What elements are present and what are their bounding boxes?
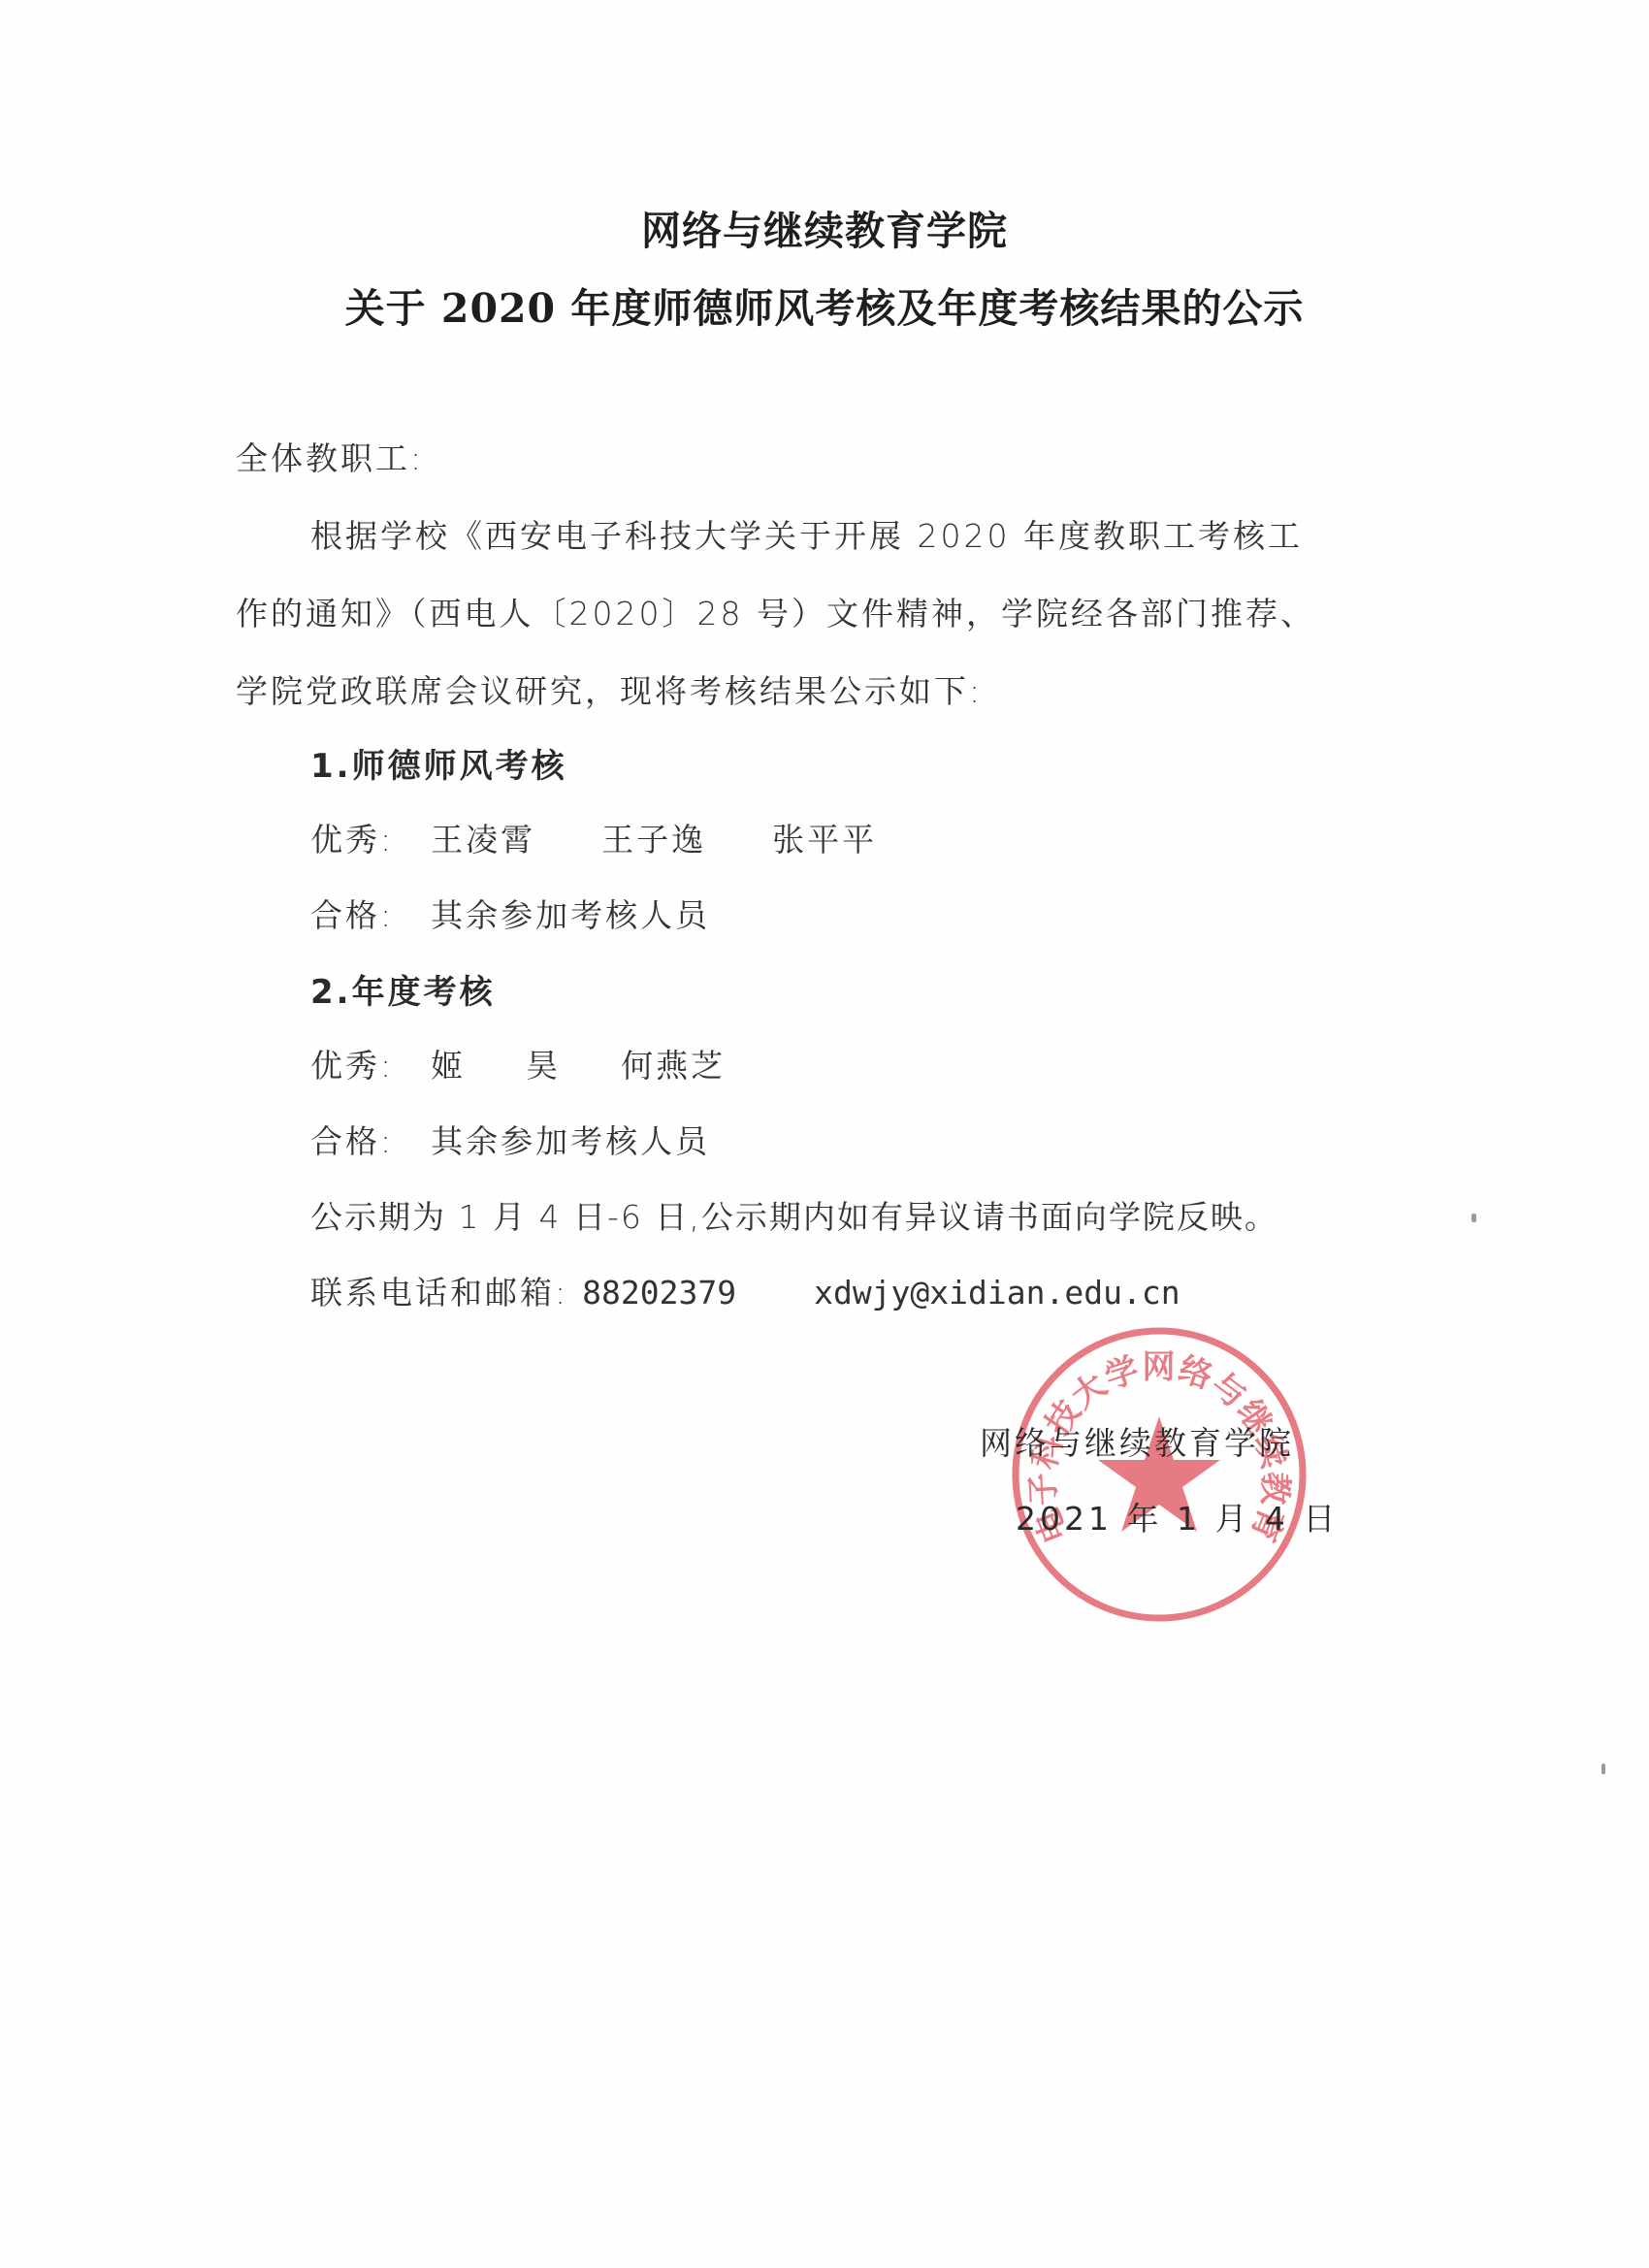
- scan-speck: [1601, 1764, 1605, 1774]
- qualified-label: 合格:: [310, 1122, 394, 1160]
- annual-qualified-row: 合格:其余参加考核人员: [310, 1117, 710, 1162]
- contact-email[interactable]: xdwjy@xidian.edu.cn: [814, 1274, 1180, 1312]
- contact-label: 联系电话和邮箱:: [310, 1274, 568, 1312]
- section-heading-annual: 2.年度考核: [310, 965, 496, 1013]
- ethics-qualified-row: 合格:其余参加考核人员: [310, 891, 710, 936]
- qualified-text: 其余参加考核人员: [431, 1122, 710, 1160]
- document-title-line2: 关于 2020 年度师德师风考核及年度考核结果的公示: [0, 276, 1649, 334]
- official-seal-stamp: 西安电子科技大学网络与继续教育学院: [1009, 1324, 1309, 1625]
- body-paragraph-line3: 学院党政联席会议研究，现将考核结果公示如下:: [236, 666, 983, 712]
- document-title-line1: 网络与继续教育学院: [0, 199, 1649, 256]
- body-paragraph-line1: 根据学校《西安电子科技大学关于开展 2020 年度教职工考核工: [310, 511, 1303, 557]
- ethics-excellent-row: 优秀:王凌霄王子逸张平平: [310, 815, 877, 860]
- document-page: 网络与继续教育学院 关于 2020 年度师德师风考核及年度考核结果的公示 全体教…: [0, 0, 1649, 2268]
- signature-date: 2021 年 1 月 4 日: [1016, 1494, 1339, 1539]
- excellent-label: 优秀:: [310, 1047, 394, 1085]
- scan-speck: [1471, 1214, 1476, 1222]
- excellent-name: 张平平: [772, 821, 877, 859]
- excellent-name: 姬: [431, 1047, 466, 1085]
- excellent-name: 何燕芝: [621, 1047, 726, 1085]
- section-heading-ethics: 1.师德师风考核: [310, 739, 567, 787]
- qualified-label: 合格:: [310, 896, 394, 934]
- qualified-text: 其余参加考核人员: [431, 896, 710, 934]
- signature-organization: 网络与继续教育学院: [980, 1418, 1294, 1464]
- excellent-name: 昊: [526, 1047, 561, 1085]
- notice-period: 公示期为 1 月 4 日-6 日,公示期内如有异议请书面向学院反映。: [310, 1192, 1278, 1238]
- annual-excellent-row: 优秀:姬昊何燕芝: [310, 1041, 726, 1086]
- contact-row: 联系电话和邮箱:88202379xdwjy@xidian.edu.cn: [310, 1268, 1180, 1313]
- salutation: 全体教职工:: [236, 434, 424, 479]
- body-paragraph-line2: 作的通知》（西电人〔2020〕28 号）文件精神，学院经各部门推荐、: [236, 589, 1315, 634]
- excellent-name: 王凌霄: [431, 821, 535, 859]
- contact-phone: 88202379: [582, 1274, 736, 1312]
- excellent-name: 王子逸: [601, 821, 706, 859]
- excellent-label: 优秀:: [310, 821, 394, 859]
